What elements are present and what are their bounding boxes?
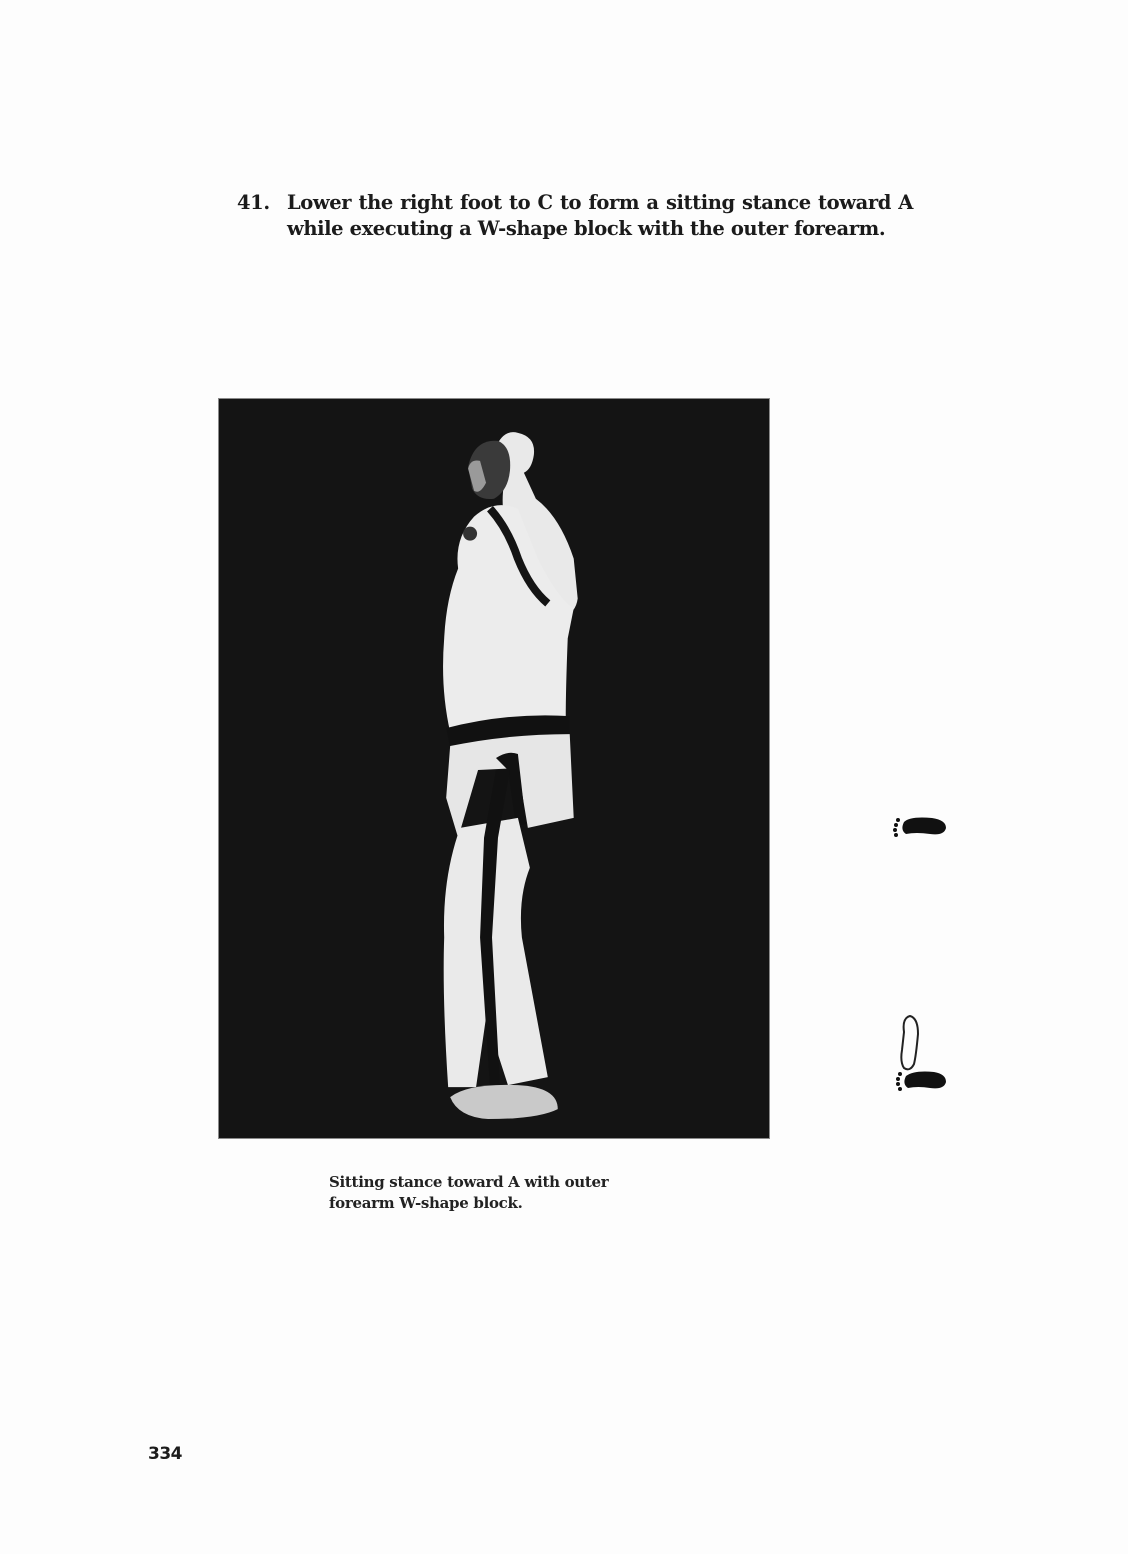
footprint-outline-with-solid-icon: [896, 1016, 946, 1091]
footprint-solid-icon: [893, 818, 946, 838]
page-number: 334: [148, 1444, 182, 1464]
instruction-step: 41. Lower the right foot to C to form a …: [237, 190, 913, 242]
martial-artist-figure: [219, 399, 769, 1138]
step-text: Lower the right foot to C to form a sitt…: [287, 190, 913, 242]
step-number: 41.: [237, 190, 270, 216]
figure-photo: [218, 398, 770, 1139]
foot-position-diagram: [880, 800, 960, 1100]
figure-caption: Sitting stance toward A with outer forea…: [329, 1172, 669, 1214]
